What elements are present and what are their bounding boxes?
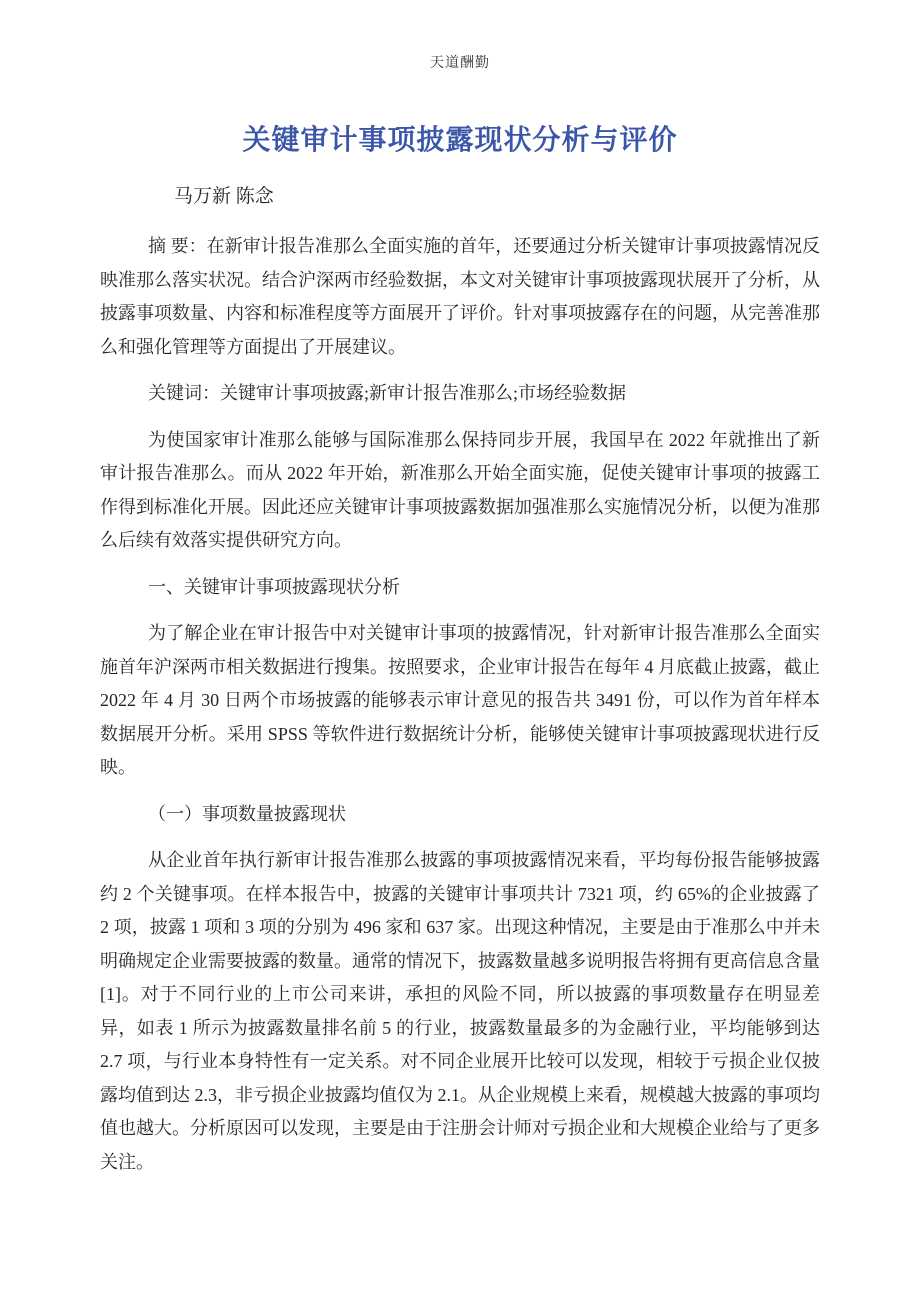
document-page: 天道酬勤 关键审计事项披露现状分析与评价 马万新 陈念 摘 要：在新审计报告准那… xyxy=(0,0,920,1302)
subsection1-paragraph: 从企业首年执行新审计报告准那么披露的事项披露情况来看，平均每份报告能够披露约 2… xyxy=(100,844,820,1179)
section1-paragraph: 为了解企业在审计报告中对关键审计事项的披露情况，针对新审计报告准那么全面实施首年… xyxy=(100,617,820,785)
abstract-paragraph: 摘 要：在新审计报告准那么全面实施的首年，还要通过分析关键审计事项披露情况反映准… xyxy=(100,230,820,364)
subsection1-heading: （一）事项数量披露现状 xyxy=(100,798,820,832)
header-motto-text: 天道酬勤 xyxy=(430,56,490,71)
page-header: 天道酬勤 xyxy=(0,56,920,72)
authors-line: 马万新 陈念 xyxy=(100,184,820,210)
section1-heading: 一、关键审计事项披露现状分析 xyxy=(100,571,820,605)
keywords-paragraph: 关键词：关键审计事项披露;新审计报告准那么;市场经验数据 xyxy=(100,377,820,411)
document-content: 关键审计事项披露现状分析与评价 马万新 陈念 摘 要：在新审计报告准那么全面实施… xyxy=(100,120,820,1179)
document-title: 关键审计事项披露现状分析与评价 xyxy=(100,120,820,160)
intro-paragraph: 为使国家审计准那么能够与国际准那么保持同步开展，我国早在 2022 年就推出了新… xyxy=(100,424,820,558)
